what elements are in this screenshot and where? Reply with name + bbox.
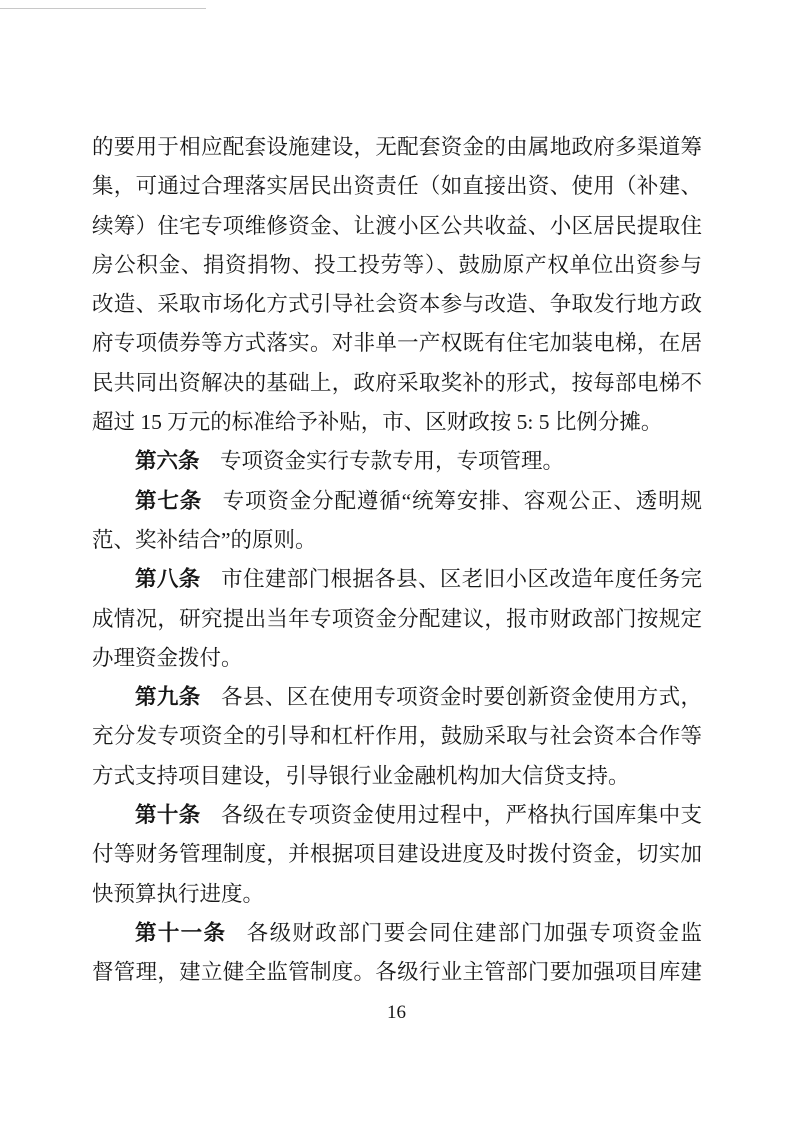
text-line: 成情况，研究提出当年专项资金分配建议，报市财政部门按规定 [92, 600, 702, 639]
text-line: 的要用于相应配套设施建设，无配套资金的由属地政府多渠道筹 [92, 128, 702, 167]
text-line: 房公积金、捐资捐物、投工投劳等）、鼓励原产权单位出资参与 [92, 246, 702, 285]
article-number-label: 第七条 [135, 489, 202, 513]
scan-artifact-line [0, 8, 206, 9]
text-line: 付等财务管理制度，并根据项目建设进度及时拨付资金，切实加 [92, 835, 702, 874]
article-number-label: 第十条 [135, 803, 201, 827]
document-text-block: 的要用于相应配套设施建设，无配套资金的由属地政府多渠道筹 集，可通过合理落实居民… [92, 128, 702, 993]
text-line: 超过 15 万元的标准给予补贴，市、区财政按 5: 5 比例分摊。 [92, 403, 702, 442]
article-7-line: 第七条专项资金分配遵循“统筹安排、容观公正、透明规 [92, 482, 702, 521]
text-line: 督管理，建立健全监管制度。各级行业主管部门要加强项目库建 [92, 953, 702, 992]
text-line: 范、奖补结合”的原则。 [92, 521, 702, 560]
text-line: 办理资金拨付。 [92, 639, 702, 678]
text-line: 充分发专项资全的引导和杠杆作用，鼓励采取与社会资本合作等 [92, 717, 702, 756]
article-11-line: 第十一条各级财政部门要会同住建部门加强专项资金监 [92, 914, 702, 953]
article-10-line: 第十条各级在专项资金使用过程中，严格执行国库集中支 [92, 796, 702, 835]
page-number: 16 [0, 1002, 793, 1024]
text-line: 方式支持项目建设，引导银行业金融机构加大信贷支持。 [92, 757, 702, 796]
text-line: 集，可通过合理落实居民出资责任（如直接出资、使用（补建、 [92, 167, 702, 206]
text-line: 续筹）住宅专项维修资金、让渡小区公共收益、小区居民提取住 [92, 207, 702, 246]
text-line: 民共同出资解决的基础上，政府采取奖补的形式，按每部电梯不 [92, 364, 702, 403]
article-number-label: 第十一条 [135, 921, 226, 945]
text-line: 改造、采取市场化方式引导社会资本参与改造、争取发行地方政 [92, 285, 702, 324]
article-number-label: 第八条 [135, 567, 201, 591]
article-9-line: 第九条各县、区在使用专项资金时要创新资金使用方式， [92, 678, 702, 717]
text-line: 快预算执行进度。 [92, 875, 702, 914]
text-line: 府专项债券等方式落实。对非单一产权既有住宅加装电梯，在居 [92, 324, 702, 363]
article-8-line: 第八条市住建部门根据各县、区老旧小区改造年度任务完 [92, 560, 702, 599]
article-number-label: 第六条 [135, 449, 200, 473]
article-number-label: 第九条 [135, 685, 201, 709]
document-page: 的要用于相应配套设施建设，无配套资金的由属地政府多渠道筹 集，可通过合理落实居民… [0, 0, 793, 1122]
article-6-line: 第六条专项资金实行专款专用，专项管理。 [92, 442, 702, 481]
